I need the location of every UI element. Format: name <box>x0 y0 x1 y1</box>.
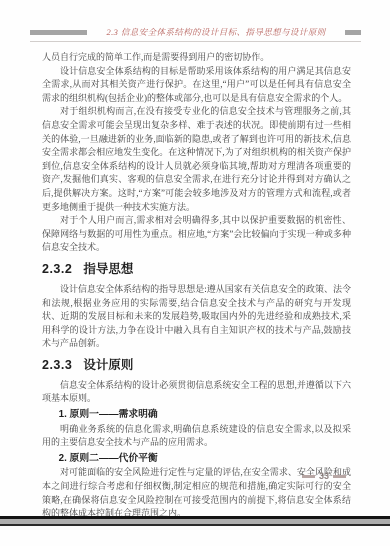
page-number-dash-left <box>302 475 315 478</box>
section-heading-guiding-ideology: 2.3.2指导思想 <box>42 262 351 277</box>
header-bar-right <box>345 30 361 35</box>
page-number-dash-right <box>333 475 346 478</box>
section-title: 指导思想 <box>83 262 133 276</box>
paragraph: 明确业务系统的信息化需求,明确信息系统建设的信息安全需求,以及拟采用的主要信息安… <box>42 423 351 450</box>
page-number: 33 <box>302 472 346 481</box>
paragraph: 设计信息安全体系结构的指导思想是:遵从国家有关信息安全的政策、法令和法规,根据业… <box>42 283 351 351</box>
header-bar-left <box>30 30 87 35</box>
paragraph: 设计信息安全体系结构的目标是帮助采用该体系结构的用户满足其信息安全需求,从而对其… <box>42 65 351 106</box>
section-number: 2.3.3 <box>42 358 72 372</box>
page-bottom-edge <box>0 516 390 526</box>
page-body: 人员自行完成的简单工作,而是需要得到用户的密切协作。 设计信息安全体系结构的目标… <box>42 51 351 521</box>
chapter-section-title: 2.3 信息安全体系结构的设计目标、指导思想与设计原则 <box>87 27 345 37</box>
subheading-principle-2: 2. 原则二——代价平衡 <box>42 452 351 466</box>
document-page: 2.3 信息安全体系结构的设计目标、指导思想与设计原则 人员自行完成的简单工作,… <box>0 0 390 546</box>
subheading-principle-1: 1. 原则一——需求明确 <box>42 408 351 422</box>
header-rule <box>30 41 361 42</box>
section-title: 设计原则 <box>83 358 133 372</box>
paragraph: 人员自行完成的简单工作,而是需要得到用户的密切协作。 <box>42 51 351 65</box>
section-number: 2.3.2 <box>42 262 72 276</box>
paragraph: 对于个人用户而言,需求相对会明确得多,其中以保护重要数据的机密性、保障网络与数据… <box>42 214 351 255</box>
paragraph: 信息安全体系结构的设计必须贯彻信息系统安全工程的思想,并遵循以下六项基本原则。 <box>42 379 351 406</box>
paragraph: 对于组织机构而言,在没有接受专业化的信息安全技术与管理服务之前,其信息安全需求可… <box>42 105 351 214</box>
page-edge-dark-line <box>0 524 390 526</box>
section-heading-design-principles: 2.3.3设计原则 <box>42 358 351 373</box>
running-header: 2.3 信息安全体系结构的设计目标、指导思想与设计原则 <box>30 27 361 37</box>
page-number-value: 33 <box>319 472 329 481</box>
